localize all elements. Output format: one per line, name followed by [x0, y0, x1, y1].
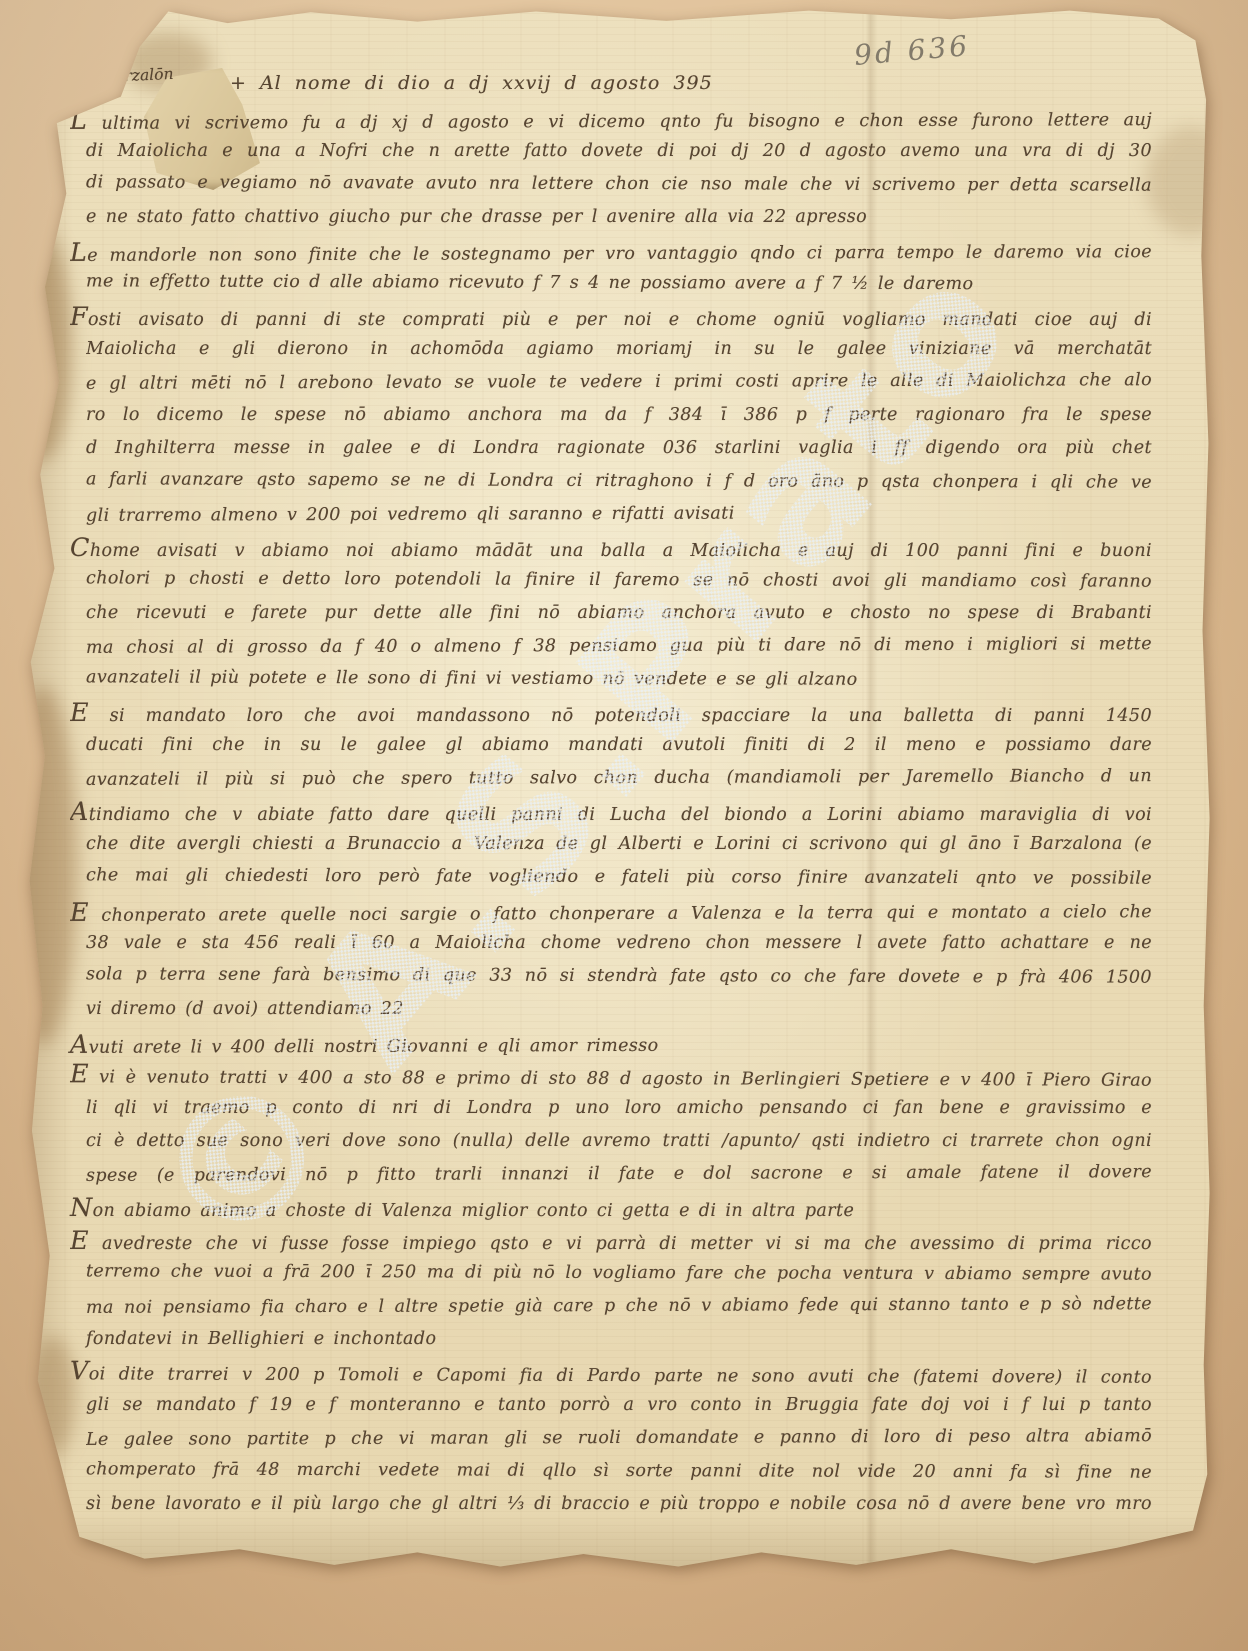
manuscript-line: E vi è venuto tratti v 400 a sto 88 e pr…: [70, 1057, 1152, 1093]
manuscript-line: E si mandato loro che avoi mandassono nō…: [70, 696, 1152, 729]
manuscript-line: avanzateli il più si può che spero tutto…: [86, 760, 1152, 797]
manuscript-line: E avedreste che vi fusse fosse impiego q…: [70, 1224, 1152, 1257]
manuscript-line: me in effetto tutte cio d alle abiamo ri…: [86, 265, 1152, 301]
manuscript-line: L ultima vi scrivemo fu a dj xj d agosto…: [70, 100, 1152, 137]
manuscript-line: Voi dite trarrei v 200 p Tomoli e Capomi…: [70, 1354, 1152, 1390]
corner-stain: [1146, 126, 1236, 236]
archive-shelfmark-pencil: 9d 636: [853, 29, 972, 72]
manuscript-line: ro lo dicemo le spese nō abiamo anchora …: [86, 399, 1152, 432]
manuscript-line: gli trarremo almeno v 200 poi vedremo ql…: [86, 496, 1152, 533]
manuscript-line: gli se mandato f 19 e f monteranno e tan…: [86, 1389, 1152, 1422]
manuscript-line: ma chosi al di grosso da f 40 o almeno f…: [86, 628, 1152, 665]
manuscript-line: d Inghilterra messe in galee e di Londra…: [86, 432, 1152, 465]
manuscript-line: E chonperato arete quelle noci sargie o …: [70, 892, 1152, 929]
manuscript-line: sì bene lavorato e il più largo che gl a…: [86, 1488, 1152, 1521]
manuscript-line: di passato e vegiamo nō avavate avuto nr…: [86, 166, 1152, 202]
manuscript-line: che dite avergli chiesti a Brunaccio a V…: [86, 828, 1152, 861]
manuscript-line: Le galee sono partite p che vi maran gli…: [86, 1420, 1152, 1457]
manuscript-line: sola p terra sene farà bensimo di que 33…: [86, 958, 1152, 994]
manuscript-line: e gl altri mēti nō l arebono levato se v…: [86, 364, 1152, 401]
address-note: …ratesi ī barzalōn: [30, 65, 174, 89]
manuscript-line: di Maiolicha e una a Nofri che n arette …: [86, 135, 1152, 168]
manuscript-line: che mai gli chiedesti loro però fate vog…: [86, 859, 1152, 895]
manuscript-paper: …ratesi ī barzalōn + Al nome di dio a dj…: [26, 6, 1212, 1568]
manuscript-line: Maiolicha e gli dierono in achomōda agia…: [86, 333, 1152, 366]
manuscript-line: cholori p chosti e detto loro potendoli …: [86, 562, 1152, 598]
manuscript-line: vi diremo (d avoi) attendiamo 22: [86, 993, 1152, 1026]
manuscript-line: ma noi pensiamo fia charo e l altre spet…: [86, 1288, 1152, 1325]
manuscript-line: li qli vi traemo p conto di nri di Londr…: [86, 1092, 1152, 1125]
manuscript-line: ci è detto sue sono veri dove sono (null…: [86, 1125, 1152, 1158]
manuscript-line: terremo che vuoi a frā 200 ī 250 ma di p…: [86, 1255, 1152, 1291]
invocation-dateline: + Al nome di dio a dj xxvij d agosto 395: [230, 72, 713, 94]
manuscript-line: a farli avanzare qsto sapemo se ne di Lo…: [86, 463, 1152, 499]
manuscript-paper-wrap: …ratesi ī barzalōn + Al nome di dio a dj…: [26, 6, 1212, 1568]
edge-stain: [8, 686, 78, 1046]
manuscript-line: fondatevi in Bellighieri e inchontado: [86, 1323, 1152, 1356]
letter-body: L ultima vi scrivemo fu a dj xj d agosto…: [86, 102, 1152, 1521]
manuscript-line: e ne stato fatto chattivo giucho pur che…: [86, 201, 1152, 234]
manuscript-line: Chome avisati v abiamo noi abiamo mādāt …: [70, 531, 1152, 564]
manuscript-line: Non abiamo animo a choste di Valenza mig…: [70, 1191, 1152, 1224]
manuscript-line: Le mandorle non sono finite che le soste…: [70, 232, 1152, 269]
manuscript-line: avanzateli il più potete e lle sono di f…: [86, 661, 1152, 697]
manuscript-line: 38 vale e sta 456 reali ī 60 a Maiolicha…: [86, 927, 1152, 960]
manuscript-line: ducati fini che in su le galee gl abiamo…: [86, 729, 1152, 762]
manuscript-line: che ricevuti e farete pur dette alle fin…: [86, 597, 1152, 630]
edge-stain: [12, 231, 72, 461]
manuscript-line: spese (e parendovi nō p fitto trarli inn…: [86, 1156, 1152, 1193]
manuscript-line: Atindiamo che v abiate fatto dare quelli…: [70, 795, 1152, 828]
manuscript-line: Avuti arete li v 400 delli nostri Giovan…: [70, 1024, 1152, 1061]
manuscript-line: Fosti avisato di panni di ste comprati p…: [70, 300, 1152, 333]
manuscript-line: chomperato frā 48 marchi vedete mai di q…: [86, 1453, 1152, 1489]
